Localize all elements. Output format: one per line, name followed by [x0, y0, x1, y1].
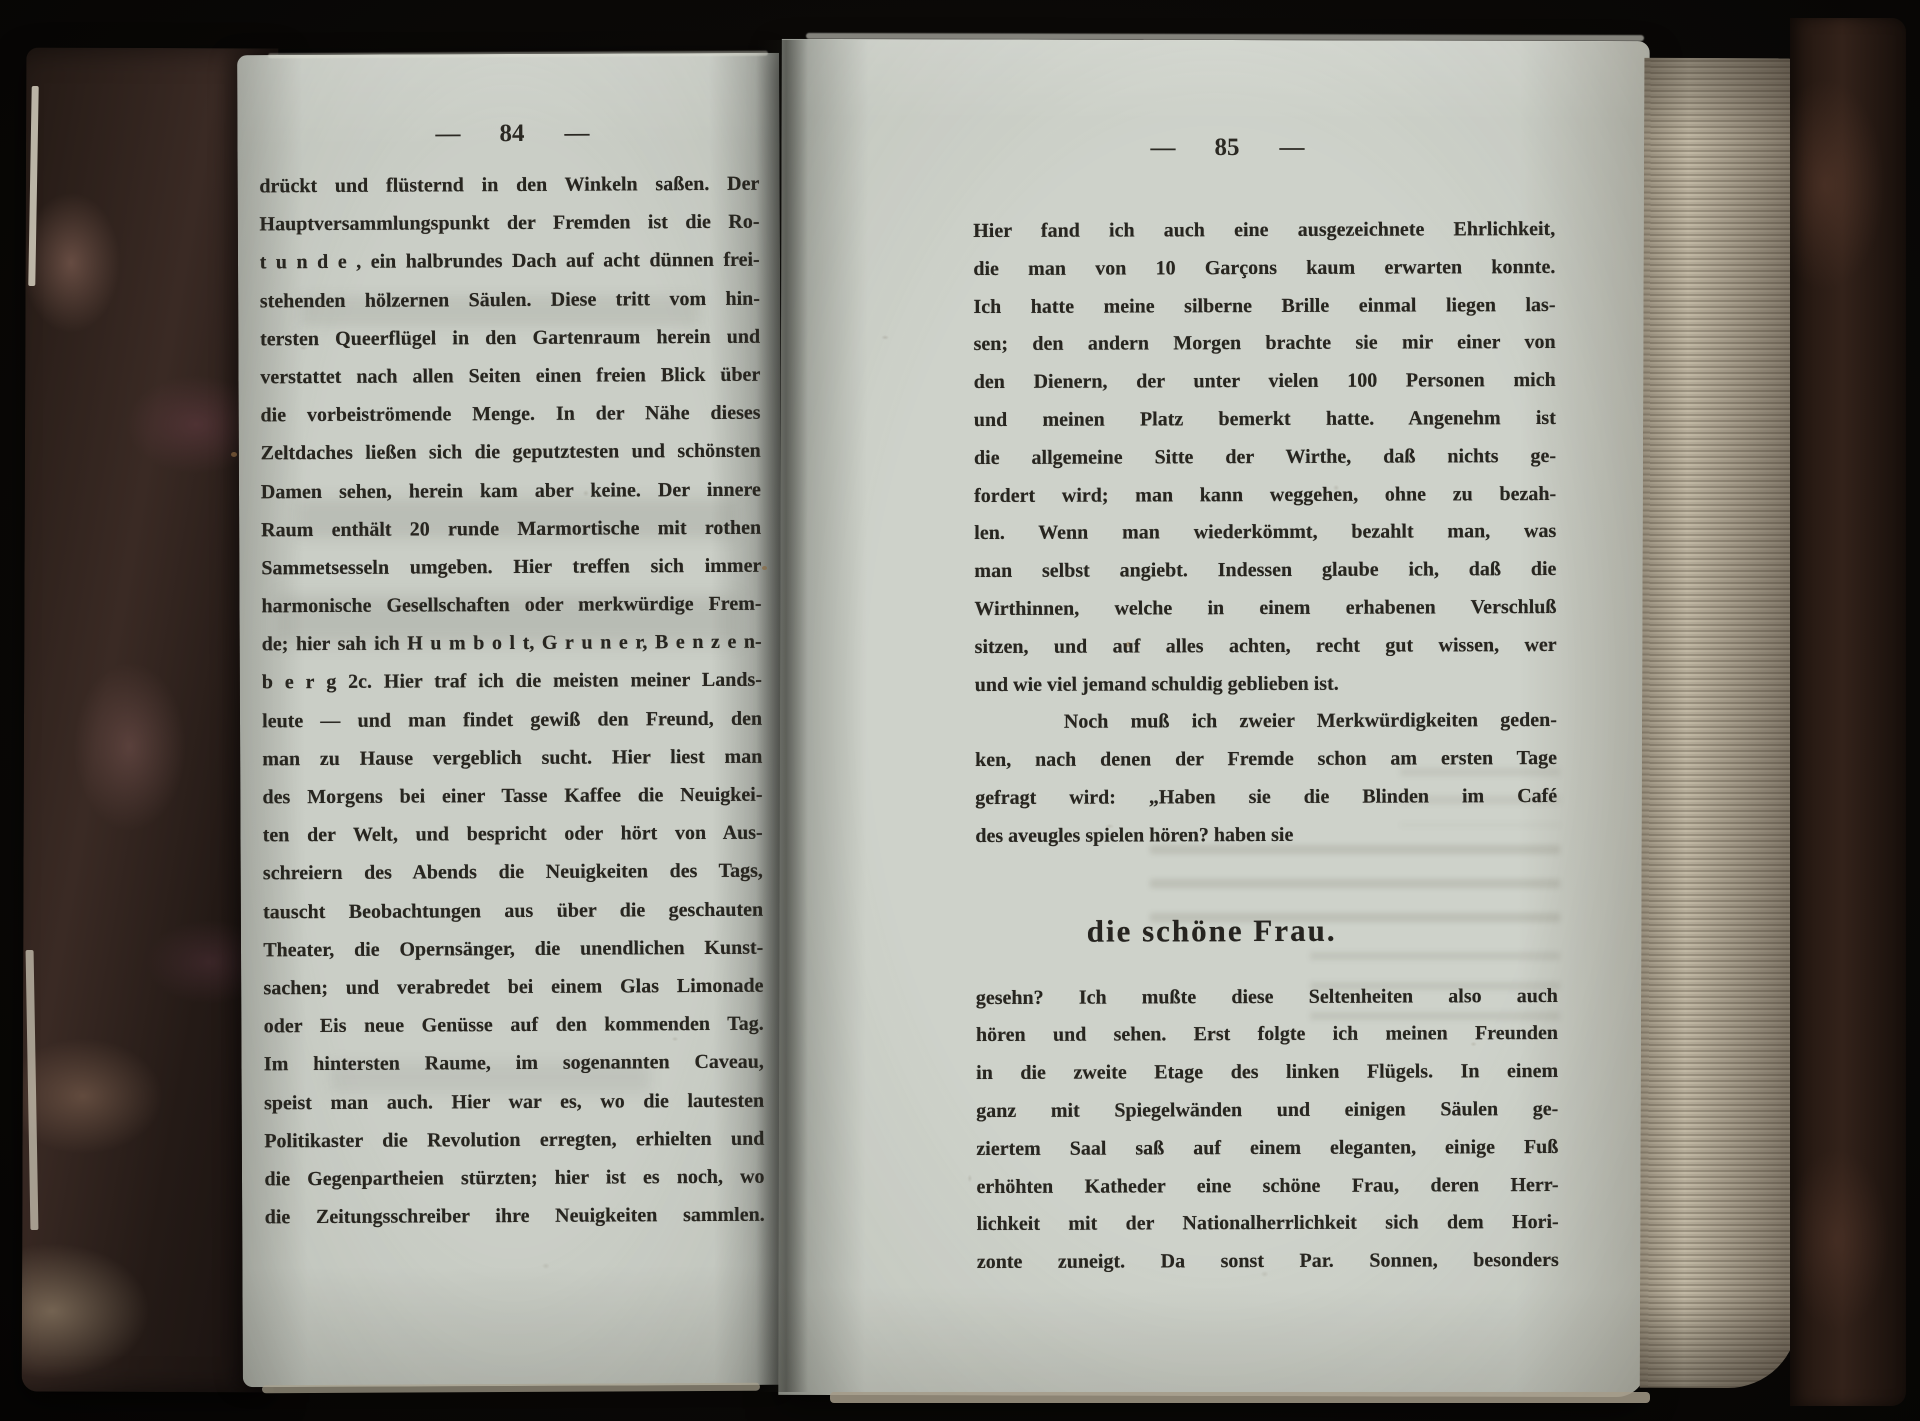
right-cover-leather-spine — [1790, 18, 1906, 1406]
paper-speck — [231, 452, 237, 457]
fore-edge-page-stack — [1640, 58, 1803, 1389]
text-line: lichkeit mit der Nationalherrlichkeit si… — [977, 1204, 1559, 1244]
text-line: ganz mit Spiegelwänden und einigen Säule… — [976, 1091, 1558, 1131]
text-line: Zeltdaches ließen sich die geputztesten … — [261, 432, 761, 473]
header-dash: — — [435, 120, 459, 148]
text-line: Hier fand ich auch eine ausgezeichnete E… — [973, 211, 1555, 251]
text-line: sitzen, und auf alles achten, recht gut … — [975, 627, 1557, 667]
text-line: ken, nach denen der Fremde schon am erst… — [975, 740, 1557, 780]
text-line: und wie viel jemand schuldig geblieben i… — [975, 665, 1557, 705]
text-line: Im hintersten Raume, im sogenannten Cave… — [264, 1043, 764, 1084]
text-line: Noch muß ich zweier Merkwürdigkeiten ged… — [975, 702, 1557, 742]
text-line: stehenden hölzernen Säulen. Diese tritt … — [260, 279, 760, 320]
text-line: de; hier sah ich H u m b o l t, G r u n … — [262, 623, 762, 664]
text-line: drückt und flüsternd in den Winkeln saße… — [259, 165, 759, 206]
text-line: die Zeitungsschreiber ihre Neuigkeiten s… — [265, 1196, 765, 1237]
page-84-header: — 84 — — [262, 119, 762, 150]
text-line: zonte zuneigt. Da sonst Par. Sonnen, bes… — [977, 1242, 1559, 1282]
text-line: speist man auch. Hier war es, wo die lau… — [264, 1081, 764, 1122]
bottom-page-stack-edge — [262, 1383, 760, 1394]
text-line: gesehn? Ich mußte diese Seltenheiten als… — [976, 978, 1558, 1018]
text-line: in die zweite Etage des linken Flügels. … — [976, 1053, 1558, 1093]
text-line: gefragt wird: „Haben sie die Blinden im … — [975, 778, 1557, 818]
text-line: den Dienern, der unter vielen 100 Person… — [974, 362, 1556, 402]
open-book-photograph: — 84 — — 85 — drückt und flüsternd in de… — [0, 0, 1920, 1421]
page-number-84: 84 — [499, 120, 524, 148]
header-dash: — — [1279, 134, 1303, 162]
text-line: Wirthinnen, welche in einem erhabenen Ve… — [974, 589, 1556, 629]
header-dash: — — [1150, 134, 1174, 162]
page-85-text-column: Hier fand ich auch eine ausgezeichnete E… — [973, 211, 1559, 1282]
text-line: die allgemeine Sitte der Wirthe, daß nic… — [974, 438, 1556, 478]
text-line: tersten Queerflügel in den Gartenraum he… — [260, 317, 760, 358]
page-85-text-below-heading: gesehn? Ich mußte diese Seltenheiten als… — [976, 978, 1559, 1282]
text-line: die man von 10 Garçons kaum erwarten kon… — [973, 249, 1555, 289]
page-number-85: 85 — [1214, 134, 1239, 162]
page-84-text-column: drückt und flüsternd in den Winkeln saße… — [259, 165, 765, 1237]
text-line: man selbst angiebt. Indessen glaube ich,… — [974, 551, 1556, 591]
text-line: Raum enthält 20 runde Marmortische mit r… — [261, 508, 761, 549]
text-line: man zu Hause vergeblich sucht. Hier lies… — [262, 738, 762, 779]
paper-speck — [762, 566, 767, 570]
text-line: Ich hatte meine silberne Brille einmal l… — [973, 287, 1555, 327]
text-line: sen; den andern Morgen brachte sie mir e… — [974, 324, 1556, 364]
bottom-page-stack-edge — [830, 1392, 1650, 1403]
text-line: Theater, die Opernsänger, die unendliche… — [263, 928, 763, 969]
text-line: t u n d e , ein halbrundes Dach auf acht… — [260, 241, 760, 282]
text-line: harmonische Gesellschaften oder merkwürd… — [261, 585, 761, 626]
text-line: ziertem Saal saß auf einem eleganten, ei… — [976, 1129, 1558, 1169]
text-line: sachen; und verabredet bei einem Glas Li… — [263, 967, 763, 1008]
text-line: des aveugles spielen hören? haben sie — [975, 816, 1557, 856]
text-line: hören und sehen. Erst folgte ich meinen … — [976, 1015, 1558, 1055]
text-line: schreiern des Abends die Neuigkeiten des… — [263, 852, 763, 893]
text-line: Damen sehen, herein kam aber keine. Der … — [261, 470, 761, 511]
page-85-header: — 85 — — [936, 133, 1518, 163]
text-line: len. Wenn man wiederkömmt, bezahlt man, … — [974, 513, 1556, 553]
text-line: des Morgens bei einer Tasse Kaffee die N… — [262, 776, 762, 817]
text-line: ten der Welt, und bespricht oder hört vo… — [263, 814, 763, 855]
text-line: Politikaster die Revolution erregten, er… — [264, 1119, 764, 1160]
text-line: b e r g 2c. Hier traf ich die meisten me… — [262, 661, 762, 702]
header-dash: — — [564, 120, 588, 148]
text-line: Sammetsesseln umgeben. Hier treffen sich… — [261, 547, 761, 588]
section-heading: die schöne Frau. — [976, 908, 1448, 954]
text-line: erhöhten Katheder eine schöne Frau, dere… — [976, 1167, 1558, 1207]
text-line: die Gegenpartheien stürzten; hier ist es… — [264, 1158, 764, 1199]
text-line: tauscht Beobachtungen aus über die gesch… — [263, 890, 763, 931]
text-line: die vorbeiströmende Menge. In der Nähe d… — [260, 394, 760, 435]
text-line: leute — und man findet gewiß den Freund,… — [262, 699, 762, 740]
text-line: oder Eis neue Genüsse auf den kommenden … — [264, 1005, 764, 1046]
page-85-text-above-heading: Hier fand ich auch eine ausgezeichnete E… — [973, 211, 1557, 856]
text-line: verstattet nach allen Seiten einen freie… — [260, 356, 760, 397]
text-line: Hauptversammlungspunkt der Fremden ist d… — [259, 203, 759, 244]
text-line: und meinen Platz bemerkt hatte. Angenehm… — [974, 400, 1556, 440]
text-line: fordert wird; man kann weggehen, ohne zu… — [974, 476, 1556, 516]
